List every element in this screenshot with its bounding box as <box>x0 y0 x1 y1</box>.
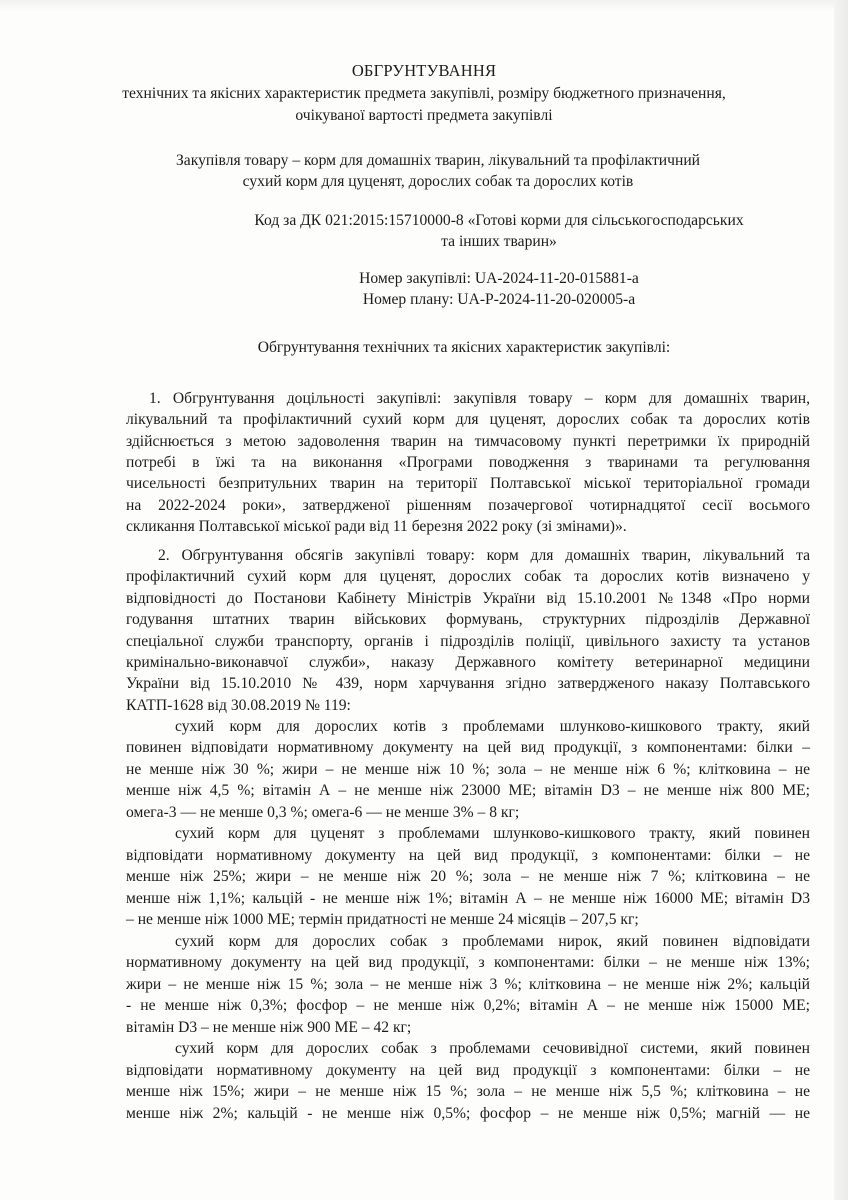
paragraph-line: спеціальної служби транспорту, органів і… <box>126 632 810 652</box>
cpv-code-line-2: та інших тварин» <box>75 232 848 252</box>
paragraph-line: профілактичний сухий корм для цуценят, д… <box>126 567 810 587</box>
paragraph-line: скликання Полтавської міської ради від 1… <box>126 517 810 537</box>
paragraph-line: менше ніж 4,5 %; вітамін А – не менше ні… <box>126 781 810 801</box>
document-title: ОБГРУНТУВАННЯ <box>0 61 848 81</box>
paragraph-line: жири – не менше ніж 15 %; зола – не менш… <box>126 975 810 995</box>
paragraph-line: лікувальний та профілактичний сухий корм… <box>126 410 810 430</box>
paragraph-line: здійснюється з метою задоволення тварин … <box>126 432 810 452</box>
paragraph-line: менше ніж 1,1%; кальцій - не менше ніж 1… <box>126 889 810 909</box>
paragraph-line: менше ніж 25%; жири – не менше ніж 20 %;… <box>126 867 810 887</box>
paragraph-line: чисельності безпритульних тварин на тери… <box>126 474 810 494</box>
cpv-code-line-1: Код за ДК 021:2015:15710000-8 «Готові ко… <box>75 211 848 231</box>
paragraph-line: України від 15.10.2010 № 439, норм харчу… <box>126 674 810 694</box>
paragraph-line: повинен відповідати нормативному докумен… <box>126 738 810 758</box>
paragraph-line: - не менше ніж 0,3%; фосфор – не менше н… <box>126 996 810 1016</box>
paragraph-line: менше ніж 2%; кальцій - не менше ніж 0,5… <box>126 1104 810 1124</box>
paragraph-line: кримінально-виконавчої служби», наказу Д… <box>126 653 810 673</box>
paragraph-line: відповідати нормативному документу на це… <box>126 1061 810 1081</box>
paragraph-line: відповідати нормативному документу на це… <box>126 846 810 866</box>
paragraph-line: нормативному документу на цей вид продук… <box>126 953 810 973</box>
paragraph-line: омега-3 — не менше 0,3 %; омега-6 — не м… <box>126 803 810 823</box>
plan-number: Номер плану: UA-P-2024-11-20-020005-а <box>75 290 848 310</box>
paragraph-line: потребі в їжі та на виконання «Програми … <box>126 453 810 473</box>
paragraph-line: менше ніж 15%; жири – не менше ніж 15 %;… <box>126 1082 810 1102</box>
section-heading: Обгрунтування технічних та якісних харак… <box>40 338 848 358</box>
procurement-number: Номер закупівлі: UA-2024-11-20-015881-а <box>75 269 848 289</box>
paragraph-line: 2. Обгрунтування обсягів закупівлі товар… <box>158 546 810 566</box>
paragraph-line: не менше ніж 30 %; жири – не менше ніж 1… <box>126 760 810 780</box>
paragraph-line: сухий корм для дорослих собак з проблема… <box>175 932 810 952</box>
paragraph-line: сухий корм для дорослих собак з проблема… <box>175 1039 810 1059</box>
purchase-subject-line-2: сухий корм для цуценят, дорослих собак т… <box>14 172 848 192</box>
paragraph-line: сухий корм для цуценят з проблемами шлун… <box>175 824 810 844</box>
paragraph-line: годування штатних тварин військових форм… <box>126 610 810 630</box>
document-subtitle-line-2: очікуваної вартості предмета закупівлі <box>0 106 848 126</box>
purchase-subject-line-1: Закупівля товару – корм для домашніх тва… <box>14 151 848 171</box>
paragraph-line: сухий корм для дорослих котів з проблема… <box>175 717 810 737</box>
paragraph-line: відповідності до Постанови Кабінету Міні… <box>126 589 810 609</box>
scan-edge-top <box>0 0 848 10</box>
document-subtitle-line-1: технічних та якісних характеристик предм… <box>0 84 848 104</box>
paragraph-line: – не менше ніж 1000 МЕ; термін придатнос… <box>126 910 810 930</box>
paragraph-line: 1. Обгрунтування доцільності закупівлі: … <box>149 389 810 409</box>
document-page: ОБГРУНТУВАННЯ технічних та якісних харак… <box>0 0 848 1200</box>
paragraph-line: на 2022-2024 роки», затвердженої рішення… <box>126 496 810 516</box>
paragraph-line: КАТП-1628 від 30.08.2019 № 119: <box>126 696 810 716</box>
paragraph-line: вітамін D3 – не менше ніж 900 МЕ – 42 кг… <box>126 1018 810 1038</box>
